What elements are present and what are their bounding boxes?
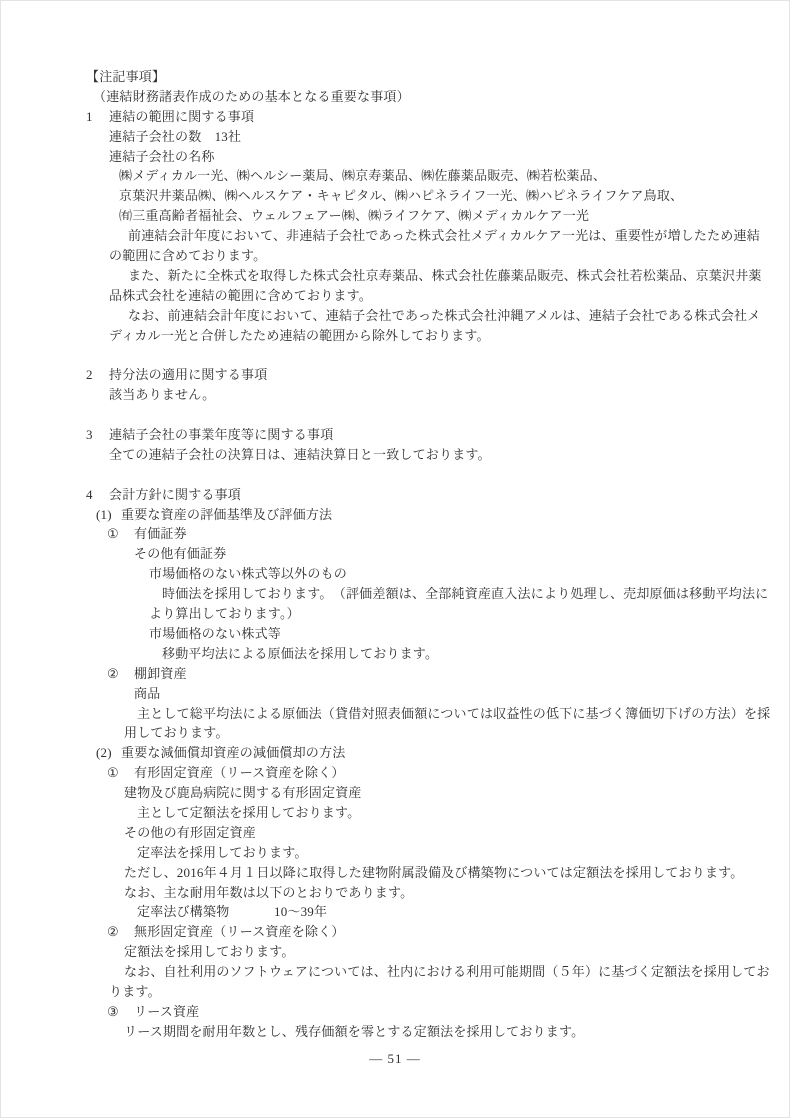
section-heading: 2持分法の適用に関する事項: [86, 365, 734, 385]
text-line: その他有価証券: [134, 544, 734, 564]
text-line: 連結子会社の数 13社: [109, 127, 734, 147]
section-heading: ②棚卸資産: [107, 664, 734, 684]
text-line: 市場価格のない株式等以外のもの: [149, 564, 734, 584]
section-number: ②: [107, 922, 134, 942]
text-line: 京葉沢井薬品㈱、㈱ヘルスケア・キャピタル、㈱ハピネライフ一光、㈱ハピネライフケア…: [119, 186, 734, 206]
text-line: の範囲に含めております。: [109, 246, 734, 266]
text-line: 連結子会社の名称: [109, 147, 734, 167]
text-line: 建物及び鹿島病院に関する有形固定資産: [124, 783, 734, 803]
section-number: 1: [86, 107, 109, 127]
text-line: 市場価格のない株式等: [149, 624, 734, 644]
useful-life-label: 定率法び構築物: [137, 902, 274, 922]
text-line: 品株式会社を連結の範囲に含めております。: [109, 286, 734, 306]
text-line: 定率法を採用しております。: [137, 843, 734, 863]
blank-line: [86, 405, 734, 425]
text-line: リース期間を耐用年数とし、残存価額を零とする定額法を採用しております。: [124, 1022, 734, 1042]
text-line: なお、主な耐用年数は以下のとおりであります。: [124, 883, 734, 903]
text-line: 該当ありません。: [109, 385, 734, 405]
text-line: 主として総平均法による原価法（貸借対照表価額については収益性の低下に基づく簿価切…: [137, 704, 734, 724]
section-title: 重要な資産の評価基準及び評価方法: [121, 505, 332, 525]
text-line: ディカル一光と合併したため連結の範囲から除外しております。: [109, 326, 734, 346]
text-line: 商品: [134, 684, 734, 704]
text-line: ㈲三重高齢者福祉会、ウェルフェアー㈱、㈱ライフケア、㈱メディカルケア一光: [119, 206, 734, 226]
section-heading: ①有価証券: [107, 524, 734, 544]
text-line: 【注記事項】: [86, 67, 734, 87]
text-line: より算出しております。）: [149, 604, 734, 624]
text-line: 定額法を採用しております。: [124, 942, 734, 962]
section-heading: 1連結の範囲に関する事項: [86, 107, 734, 127]
section-title: 重要な減価償却資産の減価償却の方法: [121, 743, 345, 763]
text-line: 移動平均法による原価法を採用しております。: [162, 644, 734, 664]
section-heading: 3連結子会社の事業年度等に関する事項: [86, 425, 734, 445]
section-number: ①: [107, 763, 134, 783]
section-number: ②: [107, 664, 134, 684]
section-title: 有価証券: [134, 524, 187, 544]
section-title: 有形固定資産（リース資産を除く）: [134, 763, 345, 783]
useful-life-row: 定率法び構築物10～39年: [137, 902, 734, 922]
text-line: ㈱メディカル一光、㈱ヘルシー薬局、㈱京寿薬品、㈱佐藤薬品販売、㈱若松薬品、: [119, 166, 734, 186]
text-line: （連結財務諸表作成のための基本となる重要な事項）: [93, 87, 734, 107]
text-line: 用しております。: [124, 723, 734, 743]
blank-line: [86, 345, 734, 365]
blank-line: [86, 465, 734, 485]
section-title: 棚卸資産: [134, 664, 187, 684]
text-line: 主として定額法を採用しております。: [137, 803, 734, 823]
text-line: 時価法を採用しております。 （評価差額は、全部純資産直入法により処理し、売却原価…: [162, 584, 734, 604]
section-number: 3: [86, 425, 109, 445]
text-line: また、新たに全株式を取得した株式会社京寿薬品、株式会社佐藤薬品販売、株式会社若松…: [128, 266, 734, 286]
text-line: ります。: [109, 982, 734, 1002]
text-line: 全ての連結子会社の決算日は、連結決算日と一致しております。: [109, 445, 734, 465]
text-line: なお、自社利用のソフトウェアについては、社内における利用可能期間（５年）に基づく…: [124, 962, 734, 982]
section-heading: ①有形固定資産（リース資産を除く）: [107, 763, 734, 783]
notes-body: 【注記事項】（連結財務諸表作成のための基本となる重要な事項）1連結の範囲に関する…: [86, 67, 734, 1042]
section-number: (2): [96, 743, 121, 763]
section-number: 2: [86, 365, 109, 385]
useful-life-value: 10～39年: [274, 904, 327, 919]
document-page: 【注記事項】（連結財務諸表作成のための基本となる重要な事項）1連結の範囲に関する…: [0, 0, 790, 1118]
text-line: なお、前連結会計年度において、連結子会社であった株式会社沖縄アメルは、連結子会社…: [128, 306, 734, 326]
section-title: 持分法の適用に関する事項: [109, 365, 267, 385]
section-heading: 4会計方針に関する事項: [86, 485, 734, 505]
section-heading: (2)重要な減価償却資産の減価償却の方法: [96, 743, 734, 763]
text-line: その他の有形固定資産: [124, 823, 734, 843]
section-title: 無形固定資産（リース資産を除く）: [134, 922, 345, 942]
section-heading: ②無形固定資産（リース資産を除く）: [107, 922, 734, 942]
section-number: ①: [107, 524, 134, 544]
page-number: — 51 —: [1, 1051, 789, 1067]
section-number: 4: [86, 485, 109, 505]
section-heading: ③リース資産: [107, 1002, 734, 1022]
text-line: ただし、2016年４月１日以降に取得した建物附属設備及び構築物については定額法を…: [124, 863, 734, 883]
section-title: 連結の範囲に関する事項: [109, 107, 254, 127]
section-title: 会計方針に関する事項: [109, 485, 241, 505]
section-title: 連結子会社の事業年度等に関する事項: [109, 425, 333, 445]
section-number: (1): [96, 505, 121, 525]
section-number: ③: [107, 1002, 134, 1022]
section-title: リース資産: [134, 1002, 199, 1022]
section-heading: (1)重要な資産の評価基準及び評価方法: [96, 505, 734, 525]
text-line: 前連結会計年度において、非連結子会社であった株式会社メディカルケア一光は、重要性…: [128, 226, 734, 246]
